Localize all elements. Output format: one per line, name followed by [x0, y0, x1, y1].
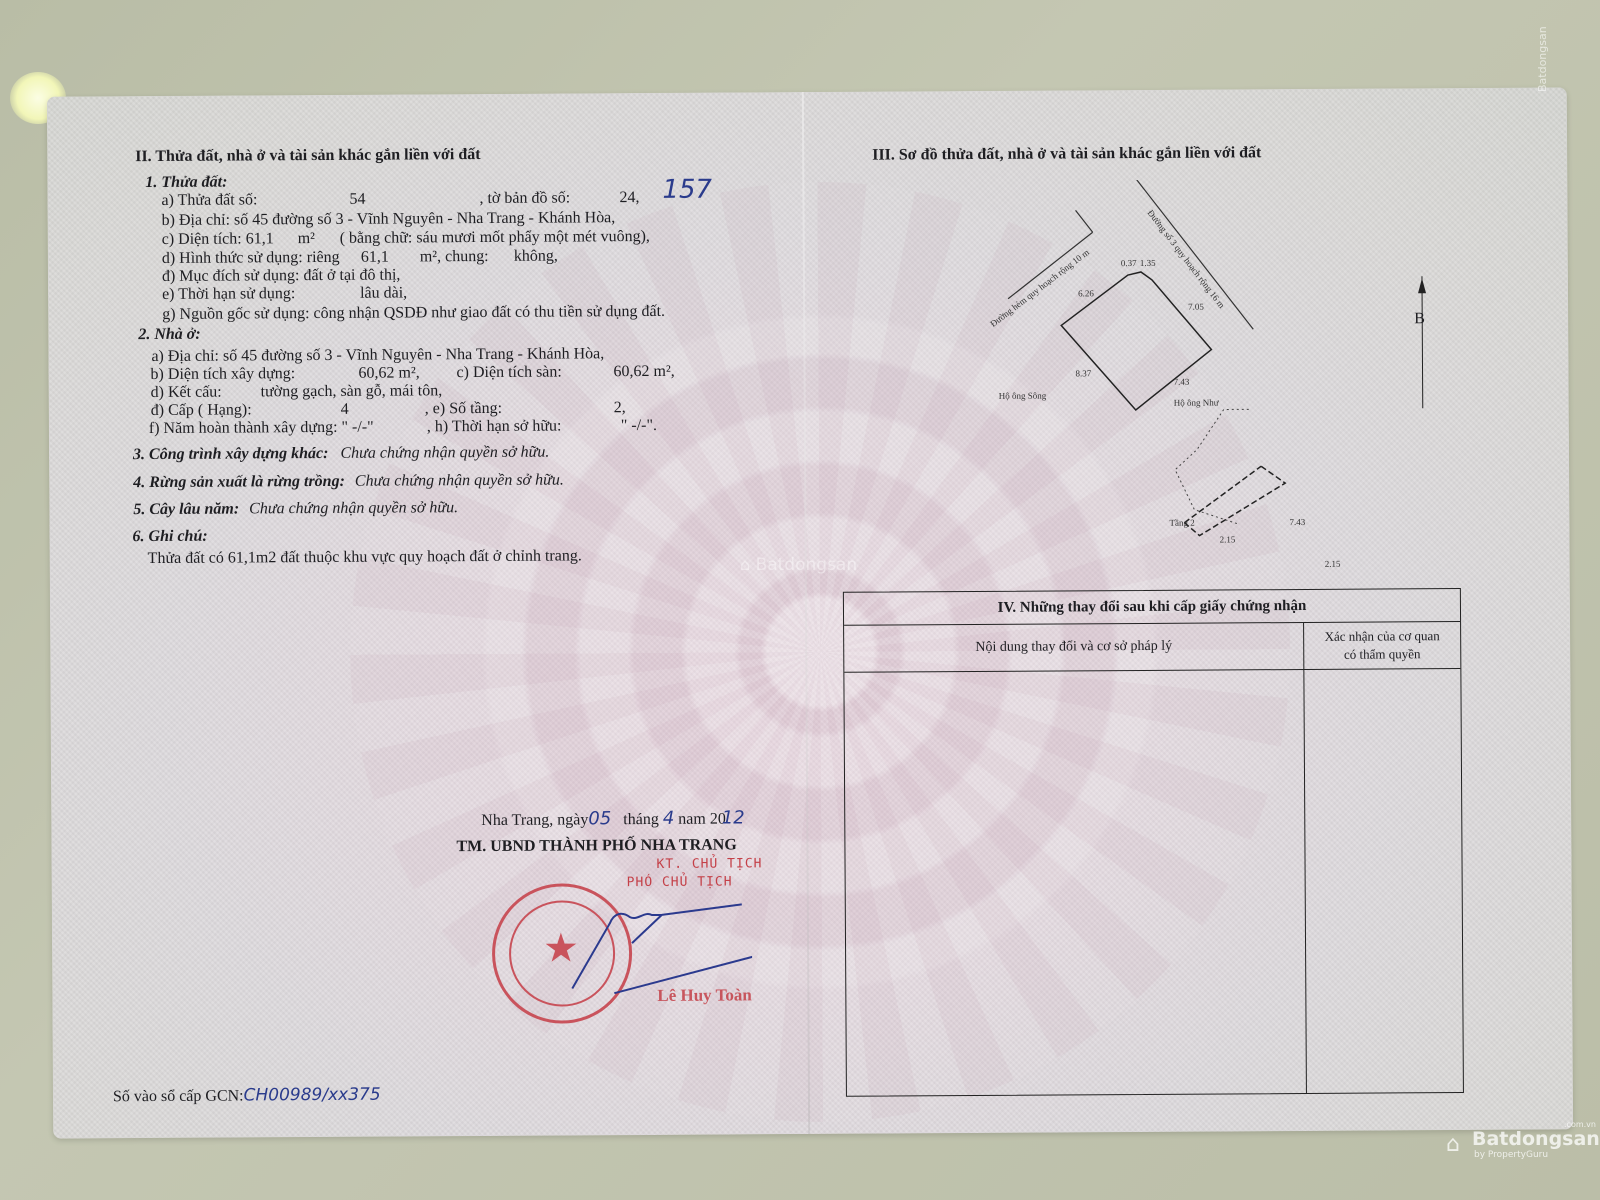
structure-label: d) Kết cấu: [151, 384, 222, 402]
floor2-dim-c: 2.15 [1220, 534, 1236, 544]
land-use-certificate: II. Thửa đất, nhà ở và tài sản khác gắn … [47, 87, 1573, 1138]
changes-table-body [844, 669, 1463, 1096]
change-content-cell [844, 670, 1307, 1096]
dim-1-35: 1.35 [1140, 258, 1156, 268]
dim-7-05: 7.05 [1188, 302, 1204, 312]
usage-form-label: d) Hình thức sử dụng: riêng [162, 249, 340, 268]
dim-6-26: 6.26 [1078, 288, 1094, 298]
page-fold [802, 92, 810, 1134]
neighbor-nhu: Hộ ông Như [1174, 398, 1219, 408]
usage-term-label: e) Thời hạn sử dụng: [162, 285, 295, 304]
land-parcel-label: a) Thửa đất số: [161, 191, 257, 210]
floor-area-value: 60,62 m², [613, 363, 674, 381]
parcel-sketch [977, 178, 1480, 651]
structure-value: tường gạch, sàn gỗ, mái tôn, [261, 382, 443, 401]
other-construction: 3. Công trình xây dựng khác: Chưa chứng … [133, 444, 549, 465]
land-area-label: c) Diện tích: 61,1 [162, 230, 274, 249]
column-authority-confirmation: Xác nhận của cơ quan có thẩm quyền [1304, 622, 1460, 669]
grade-label: đ) Cấp ( Hạng): [151, 401, 252, 420]
ownership-term-value: " -/-". [621, 417, 657, 435]
ownership-term-label: , h) Thời hạn sở hữu: [427, 418, 562, 437]
section-ii-title: II. Thửa đất, nhà ở và tài sản khác gắn … [135, 146, 480, 166]
notes-text: Thửa đất có 61,1m2 đất thuộc khu vực quy… [148, 547, 582, 568]
floors-label: , e) Số tầng: [425, 400, 502, 418]
floor-area-label: c) Diện tích sàn: [456, 364, 561, 383]
authority-cell [1304, 669, 1463, 1093]
role-line-2: PHÓ CHỦ TỊCH [627, 874, 733, 890]
floor2-dim-a: 2.15 [1325, 559, 1341, 569]
land-area-unit: m² [298, 230, 315, 248]
notes-heading: 6. Ghi chú: [132, 528, 207, 546]
land-parcel-number: 54 [349, 191, 365, 209]
registry-number: Số vào sổ cấp GCN:CH00989/xx375 [113, 1085, 381, 1107]
grade-value: 4 [341, 401, 349, 419]
usage-common-label: m², chung: [420, 248, 489, 266]
construction-area-label: b) Diện tích xây dựng: [150, 365, 295, 384]
issuing-authority: TM. UBND THÀNH PHỐ NHA TRANG [456, 836, 736, 856]
dim-0-37: 0.37 [1121, 258, 1137, 268]
north-label: B [1414, 310, 1425, 328]
parcel-diagram: B Đường hẻm quy hoạch rộng 10 m Đường số… [977, 178, 1480, 651]
dim-8-37: 8.37 [1076, 368, 1092, 378]
changes-table-header: Nội dung thay đổi và cơ sở pháp lý Xác n… [844, 622, 1460, 673]
usage-purpose: đ) Mục đích sử dụng: đất ở tại đô thị, [162, 266, 401, 285]
column-change-content: Nội dung thay đổi và cơ sở pháp lý [844, 623, 1304, 672]
completion-year: f) Năm hoàn thành xây dựng: " -/-" [149, 419, 374, 438]
center-watermark: ⌂ Batdongsan [740, 555, 857, 575]
usage-common-value: không, [514, 248, 558, 266]
role-line-1: KT. CHỦ TỊCH [656, 856, 762, 872]
usage-private-value: 61,1 [361, 249, 389, 267]
batdongsan-logo-icon: ⌂ [740, 555, 750, 574]
usage-term-value: lâu dài, [360, 284, 407, 302]
house-heading: 2. Nhà ở: [138, 326, 200, 344]
map-sheet-label: , tờ bản đồ số: [479, 189, 570, 208]
planted-forest: 4. Rừng sản xuất là rừng trồng: Chưa chứ… [133, 472, 564, 493]
place-date: Nha Trang, ngày05 tháng 4 nam 2012 [481, 807, 745, 830]
land-address: b) Địa chỉ: số 45 đường số 3 - Vĩnh Nguy… [162, 209, 616, 230]
land-heading: 1. Thửa đất: [145, 174, 227, 193]
floor2-dim-b: 7.43 [1289, 517, 1305, 527]
handwritten-number: 157 [662, 175, 712, 205]
usage-origin: g) Nguồn gốc sử dụng: công nhận QSDĐ như… [162, 303, 665, 324]
map-sheet-number: 24, [619, 189, 639, 207]
floor2-label: Tầng 2 [1169, 518, 1194, 528]
signer-name: Lê Huy Toàn [657, 985, 752, 1006]
section-iii-title: III. Sơ đồ thửa đất, nhà ở và tài sản kh… [872, 144, 1261, 164]
changes-table: IV. Những thay đổi sau khi cấp giấy chứn… [843, 588, 1464, 1097]
dim-7-43: 7.43 [1174, 377, 1190, 387]
floors-value: 2, [614, 399, 626, 417]
changes-table-title: IV. Những thay đổi sau khi cấp giấy chứn… [844, 589, 1460, 626]
batdongsan-house-icon: ⌂ [1446, 1132, 1460, 1157]
perennial-trees: 5. Cây lâu năm: Chưa chứng nhận quyền sở… [133, 499, 458, 519]
neighbor-song: Hộ ông Sông [999, 391, 1047, 401]
side-watermark: Batdongsan [1532, 12, 1562, 92]
construction-area-value: 60,62 m², [358, 364, 419, 382]
land-area-words: ( bằng chữ: sáu mươi mốt phẩy một mét vu… [340, 228, 650, 248]
